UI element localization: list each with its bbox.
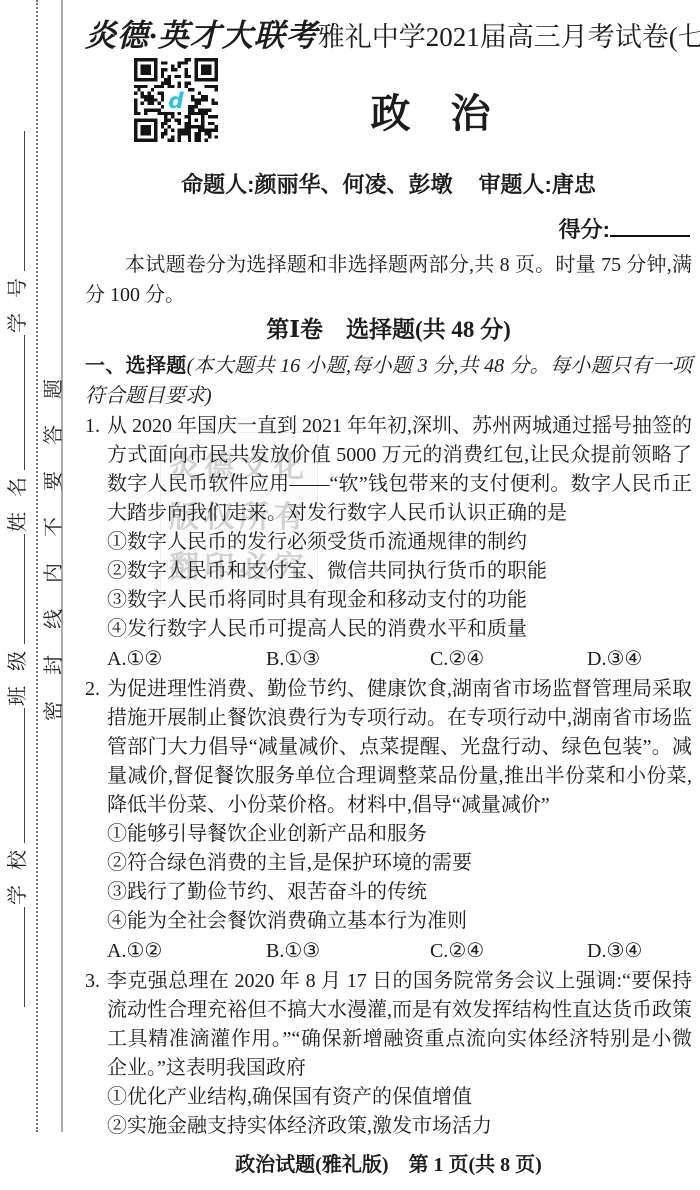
question-number: 2.: [85, 675, 100, 704]
mcq-intro: 一、选择题(本大题共 16 小题,每小题 3 分,共 48 分。每小题只有一项符…: [85, 351, 692, 411]
seal-blank-line: [23, 534, 25, 644]
option-c: C.②④: [430, 937, 587, 966]
option-a: A.①②: [107, 937, 266, 966]
question-1: 1. 从 2020 年国庆一直到 2021 年年初,深圳、苏州两城通过摇号抽签的…: [85, 412, 692, 674]
score-blank-line: [610, 213, 690, 237]
setter-row: 命题人:颜丽华、何凌、彭墩审题人:唐忠: [85, 168, 692, 199]
choice-item: ③践行了勤俭节约、艰苦奋斗的传统: [107, 878, 692, 907]
page-header: 炎德·英才大联考雅礼中学2021届高三月考试卷(七): [85, 10, 692, 55]
seal-fields: 学 校 班 级 姓 名 学 号: [4, 58, 30, 1080]
question-number: 3.: [85, 967, 100, 996]
setters-label: 命题人:颜丽华、何凌、彭墩: [181, 172, 452, 197]
option-c: C.②④: [430, 645, 587, 674]
reviewer-label: 审题人:唐忠: [479, 172, 596, 197]
choice-item: ①数字人民币的发行必须受货币流通规律的制约: [107, 528, 692, 557]
score-label: 得分:: [559, 217, 610, 242]
exam-body: 本试题卷分为选择题和非选择题两部分,共 8 页。时量 75 分钟,满分 100 …: [85, 250, 692, 1141]
subject-title: 政 治: [127, 82, 700, 139]
exam-intro: 本试题卷分为选择题和非选择题两部分,共 8 页。时量 75 分钟,满分 100 …: [85, 250, 692, 310]
choice-item: ②数字人民币和支付宝、微信共同执行货币的职能: [107, 557, 692, 586]
brand-title: 炎德·英才大联考: [85, 18, 318, 53]
question-3: 3. 李克强总理在 2020 年 8 月 17 日的国务院常务会议上强调:“要保…: [85, 967, 692, 1141]
mcq-heading: 一、选择题: [85, 355, 187, 377]
seal-field-school: 学 校: [6, 843, 30, 907]
section-1-title: 第Ⅰ卷 选择题(共 48 分): [85, 314, 692, 346]
exam-title: 雅礼中学2021届高三月考试卷(七): [318, 22, 700, 52]
page-footer: 政治试题(雅礼版) 第 1 页(共 8 页): [85, 1148, 692, 1177]
question-stem: 为促进理性消费、勤俭节约、健康饮食,湖南省市场监督管理局采取措施开展制止餐饮浪费…: [107, 675, 692, 820]
option-b: B.①③: [266, 937, 430, 966]
seal-blank-line: [23, 907, 25, 1007]
choice-item: ③数字人民币将同时具有现金和移动支付的功能: [107, 586, 692, 615]
content-column: 炎德·英才大联考雅礼中学2021届高三月考试卷(七) d 政 治 命题人:颜丽华…: [85, 0, 692, 1190]
score-row: 得分:: [559, 213, 690, 244]
question-stem: 从 2020 年国庆一直到 2021 年年初,深圳、苏州两城通过摇号抽签的方式面…: [107, 412, 692, 528]
choice-item: ④能为全社会餐饮消费确立基本行为准则: [107, 907, 692, 936]
seal-field-student-number: 学 号: [6, 271, 30, 335]
choice-item: ②实施金融支持实体经济政策,激发市场活力: [107, 1112, 692, 1141]
seal-field-name: 姓 名: [6, 470, 30, 534]
seal-blank-line: [23, 708, 25, 843]
question-stem: 李克强总理在 2020 年 8 月 17 日的国务院常务会议上强调:“要保持流动…: [107, 967, 692, 1083]
choice-item: ①能够引导餐饮企业创新产品和服务: [107, 820, 692, 849]
choice-item: ①优化产业结构,确保国有资产的保值增值: [107, 1083, 692, 1112]
options-row: A.①② B.①③ C.②④ D.③④: [107, 645, 692, 674]
choice-item: ②符合绿色消费的主旨,是保护环境的需要: [107, 849, 692, 878]
option-d: D.③④: [587, 645, 692, 674]
option-b: B.①③: [266, 645, 430, 674]
exam-paper-page: 学 校 班 级 姓 名 学 号 密封线内不要答题 炎德文化 版权所有 翻印必究 …: [0, 0, 700, 1190]
question-number: 1.: [85, 412, 100, 441]
seal-blank-line: [23, 131, 25, 271]
seal-notice-text: 密封线内不要答题: [37, 335, 63, 739]
options-row: A.①② B.①③ C.②④ D.③④: [107, 937, 692, 966]
question-2: 2. 为促进理性消费、勤俭节约、健康饮食,湖南省市场监督管理局采取措施开展制止餐…: [85, 675, 692, 966]
seal-blank-line: [23, 335, 25, 470]
choice-item: ④发行数字人民币可提高人民的消费水平和质量: [107, 615, 692, 644]
option-d: D.③④: [587, 937, 692, 966]
option-a: A.①②: [107, 645, 266, 674]
seal-field-class: 班 级: [6, 644, 30, 708]
